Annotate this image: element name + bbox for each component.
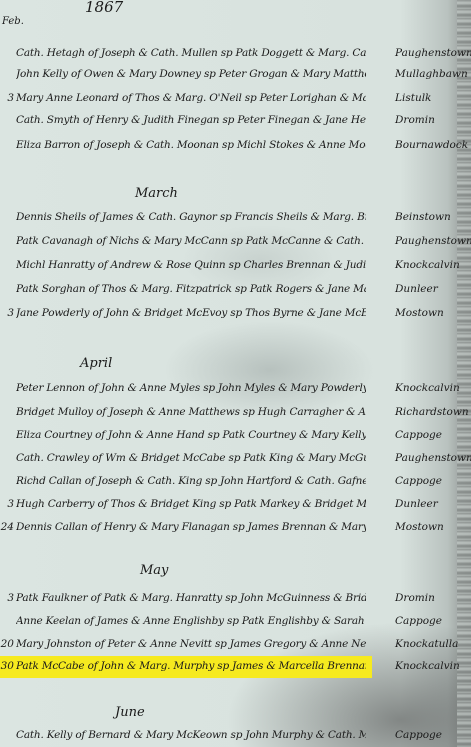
entry-text: Anne Keelan of James & Anne Englishby sp… — [16, 611, 366, 631]
entry-text: Bridget Mulloy of Joseph & Anne Matthews… — [16, 402, 366, 422]
entry-place: Richardstown — [395, 402, 470, 422]
entry-place: Mostown — [395, 303, 470, 323]
entry-place: Knockcalvin — [395, 255, 470, 275]
entry-text: Mary Johnston of Peter & Anne Nevitt sp … — [16, 634, 366, 654]
entry-place: Listulk — [395, 88, 470, 108]
month-heading-feb: Feb. — [2, 16, 24, 27]
entry-place: Dunleer — [395, 494, 470, 514]
entry-place: Paughenstown — [395, 448, 470, 468]
baptism-entry: Cath. Smyth of Henry & Judith Finegan sp… — [0, 110, 465, 130]
entry-day: 3 — [0, 494, 14, 514]
entry-text: Cath. Smyth of Henry & Judith Finegan sp… — [16, 110, 366, 130]
entry-text: Cath. Hetagh of Joseph & Cath. Mullen sp… — [16, 43, 366, 63]
entry-text: Patk McCabe of John & Marg. Murphy sp Ja… — [16, 656, 366, 676]
entry-day: 20 — [0, 634, 14, 654]
baptism-entry: John Kelly of Owen & Mary Downey sp Pete… — [0, 64, 465, 84]
baptism-entry: 3 Jane Powderly of John & Bridget McEvoy… — [0, 303, 465, 323]
entry-text: Hugh Carberry of Thos & Bridget King sp … — [16, 494, 366, 514]
entry-place: Cappoge — [395, 471, 470, 491]
entry-place: Bournawdock — [395, 135, 470, 155]
baptism-entry: Peter Lennon of John & Anne Myles sp Joh… — [0, 378, 465, 398]
baptism-entry: Richd Callan of Joseph & Cath. King sp J… — [0, 471, 465, 491]
baptism-entry: Eliza Courtney of John & Anne Hand sp Pa… — [0, 425, 465, 445]
month-heading-march: March — [135, 186, 178, 201]
entry-place: Dromin — [395, 588, 470, 608]
register-page: 1867 Feb. Cath. Hetagh of Joseph & Cath.… — [0, 0, 471, 747]
entry-place: Knockcalvin — [395, 378, 470, 398]
baptism-entry: Patk Cavanagh of Nichs & Mary McCann sp … — [0, 231, 465, 251]
entry-text: Peter Lennon of John & Anne Myles sp Joh… — [16, 378, 366, 398]
entry-text: Richd Callan of Joseph & Cath. King sp J… — [16, 471, 366, 491]
entry-place: Cappoge — [395, 611, 470, 631]
year-heading: 1867 — [85, 0, 123, 16]
entry-text: Jane Powderly of John & Bridget McEvoy s… — [16, 303, 366, 323]
entry-text: Eliza Courtney of John & Anne Hand sp Pa… — [16, 425, 366, 445]
entry-day: 3 — [0, 588, 14, 608]
baptism-entry: Patk Sorghan of Thos & Marg. Fitzpatrick… — [0, 279, 465, 299]
baptism-entry: Dennis Sheils of James & Cath. Gaynor sp… — [0, 207, 465, 227]
entry-place: Cappoge — [395, 425, 470, 445]
baptism-entry: Michl Hanratty of Andrew & Rose Quinn sp… — [0, 255, 465, 275]
entry-place: Knockatulla — [395, 634, 470, 654]
month-heading-june: June — [115, 705, 145, 720]
entry-place: Dunleer — [395, 279, 470, 299]
baptism-entry: Bridget Mulloy of Joseph & Anne Matthews… — [0, 402, 465, 422]
baptism-entry: 3 Mary Anne Leonard of Thos & Marg. O'Ne… — [0, 88, 465, 108]
baptism-entry: 24 Dennis Callan of Henry & Mary Flanaga… — [0, 517, 465, 537]
baptism-entry: Cath. Crawley of Wm & Bridget McCabe sp … — [0, 448, 465, 468]
entry-text: Dennis Sheils of James & Cath. Gaynor sp… — [16, 207, 366, 227]
baptism-entry: 20 Mary Johnston of Peter & Anne Nevitt … — [0, 634, 465, 654]
entry-text: Eliza Barron of Joseph & Cath. Moonan sp… — [16, 135, 366, 155]
baptism-entry-highlighted: 30 Patk McCabe of John & Marg. Murphy sp… — [0, 656, 465, 676]
baptism-entry: 3 Patk Faulkner of Patk & Marg. Hanratty… — [0, 588, 465, 608]
month-heading-april: April — [80, 356, 112, 371]
baptism-entry: Cath. Kelly of Bernard & Mary McKeown sp… — [0, 725, 465, 745]
entry-place: Dromin — [395, 110, 470, 130]
entry-text: Michl Hanratty of Andrew & Rose Quinn sp… — [16, 255, 366, 275]
entry-text: Cath. Crawley of Wm & Bridget McCabe sp … — [16, 448, 366, 468]
entry-day: 30 — [0, 656, 14, 676]
entry-day: 3 — [0, 88, 14, 108]
entry-text: Mary Anne Leonard of Thos & Marg. O'Neil… — [16, 88, 366, 108]
entry-text: Cath. Kelly of Bernard & Mary McKeown sp… — [16, 725, 366, 745]
entry-day: 24 — [0, 517, 14, 537]
entry-place: Paughenstown — [395, 43, 470, 63]
entry-place: Paughenstown — [395, 231, 470, 251]
entry-text: Dennis Callan of Henry & Mary Flanagan s… — [16, 517, 366, 537]
baptism-entry: Anne Keelan of James & Anne Englishby sp… — [0, 611, 465, 631]
entry-place: Cappoge — [395, 725, 470, 745]
month-heading-may: May — [140, 563, 168, 578]
entry-text: Patk Sorghan of Thos & Marg. Fitzpatrick… — [16, 279, 366, 299]
baptism-entry: Eliza Barron of Joseph & Cath. Moonan sp… — [0, 135, 465, 155]
entry-text: Patk Faulkner of Patk & Marg. Hanratty s… — [16, 588, 366, 608]
entry-place: Knockcalvin — [395, 656, 470, 676]
entry-place: Mullaghbawn — [395, 64, 470, 84]
entry-place: Beinstown — [395, 207, 470, 227]
entry-day: 3 — [0, 303, 14, 323]
entry-text: John Kelly of Owen & Mary Downey sp Pete… — [16, 64, 366, 84]
baptism-entry: Cath. Hetagh of Joseph & Cath. Mullen sp… — [0, 43, 465, 63]
entry-place: Mostown — [395, 517, 470, 537]
baptism-entry: 3 Hugh Carberry of Thos & Bridget King s… — [0, 494, 465, 514]
entry-text: Patk Cavanagh of Nichs & Mary McCann sp … — [16, 231, 366, 251]
